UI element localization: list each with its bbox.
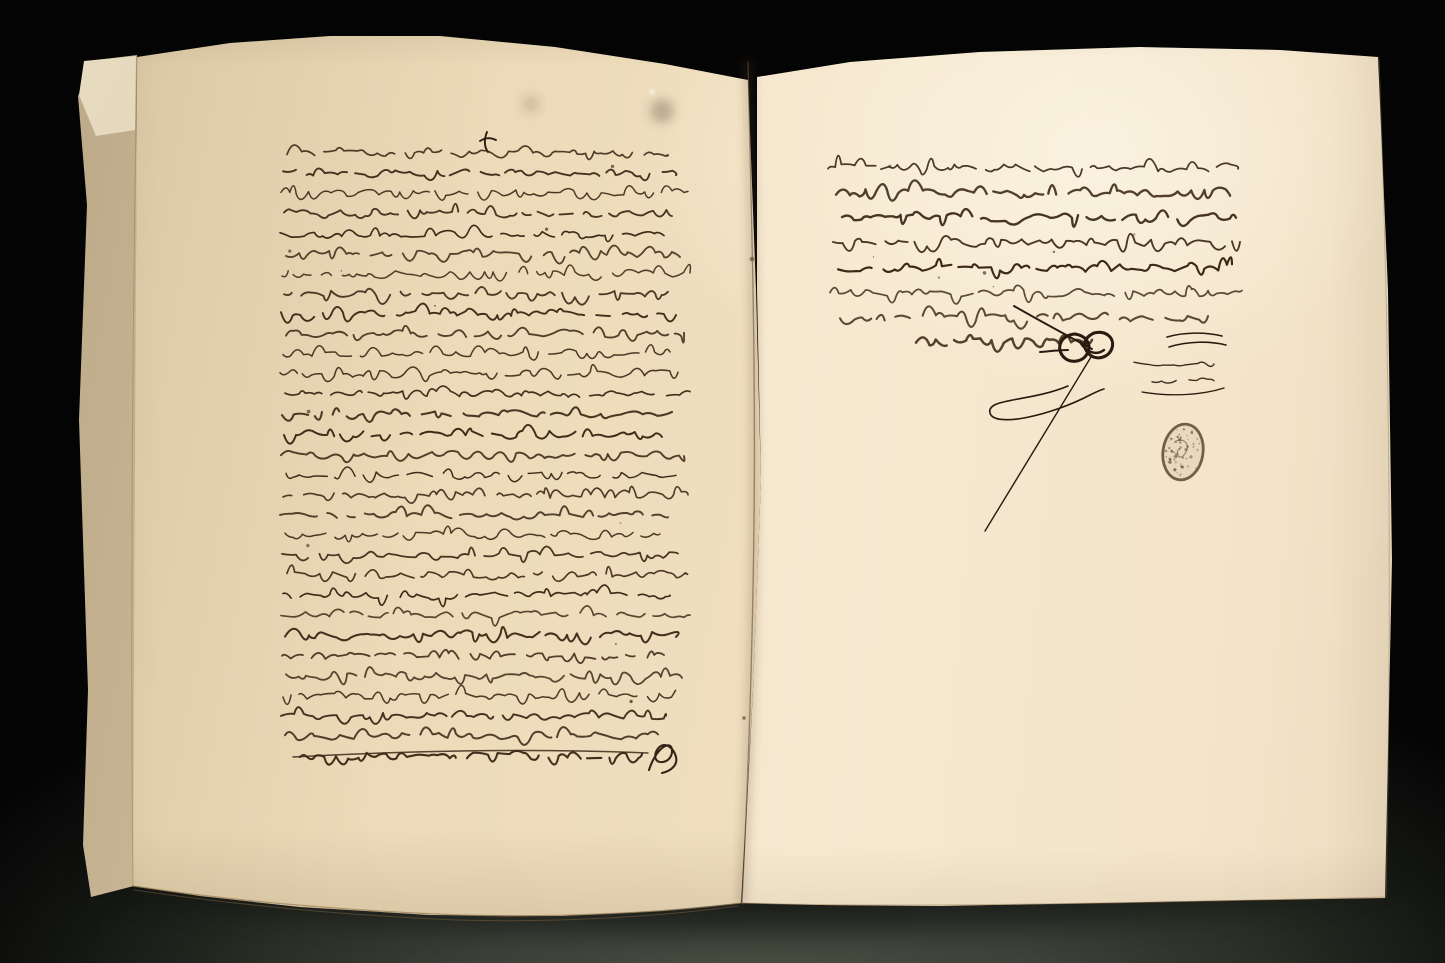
ink-fleck xyxy=(545,228,548,231)
stamp-texture-dot xyxy=(1177,450,1178,451)
stamp-texture-dot xyxy=(1184,448,1187,451)
scribble-line xyxy=(283,345,670,360)
stamp-texture-dot xyxy=(1183,428,1185,430)
scribble-line xyxy=(281,707,666,724)
stamp-texture-dot xyxy=(1196,449,1199,452)
stamp-texture-dot xyxy=(1175,453,1178,456)
scribble-line xyxy=(281,304,676,323)
ink-fleck xyxy=(288,250,291,253)
scribble-line xyxy=(281,606,690,626)
scribble-line xyxy=(838,257,1232,278)
notarial-rubric xyxy=(985,292,1198,531)
scribble-line xyxy=(300,751,642,765)
scribble-line xyxy=(281,451,684,462)
stamp-texture-dot xyxy=(1168,457,1171,460)
stamp-texture-dot xyxy=(1182,457,1184,459)
stamp-texture-dot xyxy=(1181,465,1184,468)
ink-fleck xyxy=(888,165,891,168)
right-page-handwriting xyxy=(828,156,1242,352)
ink-fleck xyxy=(1053,251,1055,253)
scribble-line xyxy=(286,246,680,264)
stamp-texture-dot xyxy=(1173,452,1175,454)
scribble-line xyxy=(280,505,668,519)
scribble-line xyxy=(284,287,668,305)
ink-fleck xyxy=(307,410,311,414)
stamp-texture-dot xyxy=(1168,461,1169,462)
ink-fleck xyxy=(983,271,987,275)
stamp-texture-dot xyxy=(1176,472,1178,474)
scribble-line xyxy=(280,225,664,241)
scribble-line xyxy=(285,627,679,644)
scribble-line xyxy=(842,209,1236,227)
stamp-texture-dot xyxy=(1187,439,1189,441)
scribble-line xyxy=(283,168,676,180)
stamp-texture-dot xyxy=(1191,430,1193,432)
scribble-line xyxy=(840,306,1208,328)
scribble-line xyxy=(285,727,658,745)
stamp-texture-dot xyxy=(1180,436,1182,438)
stamp-texture-dot xyxy=(1180,463,1182,465)
ink-fleck xyxy=(873,256,874,257)
stamp-texture-dot xyxy=(1189,455,1192,458)
stamp-texture-dot xyxy=(1165,450,1168,453)
stamp-texture-dot xyxy=(1198,443,1200,445)
scribble-line xyxy=(286,326,684,343)
ink-fleck xyxy=(938,276,940,278)
stamp-texture-dot xyxy=(1195,468,1197,470)
scribble-line xyxy=(1152,378,1214,383)
scribble-line xyxy=(283,685,676,704)
stamp-texture-dot xyxy=(1178,438,1181,441)
scribble-line xyxy=(830,285,1242,304)
scribble-line xyxy=(286,467,676,482)
ink-fleck xyxy=(306,544,309,547)
ink-overlay xyxy=(0,0,1445,963)
scribble-line xyxy=(286,667,682,684)
ink-fleck xyxy=(629,700,632,703)
smudge-marks xyxy=(522,89,674,123)
stamp-texture-dot xyxy=(1170,440,1171,441)
stamp-texture-dot xyxy=(1186,435,1187,436)
stitch-hole xyxy=(750,257,755,262)
library-stamp xyxy=(1159,421,1207,483)
stamp-texture-dot xyxy=(1179,448,1181,450)
scribble-line xyxy=(287,565,688,581)
stamp-texture-dot xyxy=(1187,445,1189,447)
ink-fleck xyxy=(993,286,994,287)
stamp-texture-dot xyxy=(1196,438,1198,440)
left-page-handwriting xyxy=(280,145,690,765)
stamp-texture-dot xyxy=(1176,436,1178,438)
book-photograph xyxy=(0,0,1445,963)
stamp-texture-dot xyxy=(1174,461,1177,464)
stamp-texture-dot xyxy=(1170,450,1173,453)
scribble-line xyxy=(283,585,670,606)
scribble-line xyxy=(282,546,678,563)
stitch-hole xyxy=(742,716,746,720)
scribble-line xyxy=(284,204,672,219)
scribble-line xyxy=(282,650,664,663)
stamp-texture-dot xyxy=(1173,468,1176,471)
stamp-texture-dot xyxy=(1176,429,1178,431)
scribble-line xyxy=(284,425,662,444)
scribble-line xyxy=(833,234,1240,252)
scribble-line xyxy=(281,186,688,200)
stamp-texture-dot xyxy=(1168,461,1171,464)
stamp-texture-dot xyxy=(1180,473,1182,475)
scribble-line xyxy=(285,386,690,399)
signature-script xyxy=(1134,333,1226,395)
stamp-texture-dot xyxy=(1173,458,1175,460)
ink-fleck xyxy=(615,643,617,645)
ink-fleck xyxy=(434,305,436,307)
gutter-crease xyxy=(742,62,754,902)
stamp-texture-dot xyxy=(1170,438,1172,440)
scribble-line xyxy=(287,145,668,160)
scribble-line xyxy=(1134,362,1214,366)
scribble-line xyxy=(285,526,660,542)
stamp-texture-dot xyxy=(1192,446,1194,448)
stamp-texture-dot xyxy=(1187,465,1190,468)
stamp-texture-dot xyxy=(1178,434,1179,435)
scribble-line xyxy=(283,487,688,504)
ink-fleck xyxy=(1133,233,1136,236)
stamp-texture-dot xyxy=(1174,455,1177,458)
stamp-texture-dot xyxy=(1176,442,1177,443)
heading-cross-mark xyxy=(480,132,496,152)
ink-fleck xyxy=(619,522,621,524)
ink-fleck xyxy=(341,270,342,271)
stamp-texture-dot xyxy=(1179,442,1181,444)
scribble-line xyxy=(282,407,672,422)
stamp-texture-dot xyxy=(1193,443,1195,445)
scribble-line xyxy=(280,365,678,382)
ink-fleck xyxy=(611,165,614,168)
page-edge-lines xyxy=(132,57,1390,921)
stamp-texture-dot xyxy=(1166,456,1167,457)
stamp-texture-dot xyxy=(1168,447,1170,449)
stamp-texture-dot xyxy=(1186,458,1188,460)
scribble-line xyxy=(282,264,690,280)
scribble-line xyxy=(836,180,1230,200)
